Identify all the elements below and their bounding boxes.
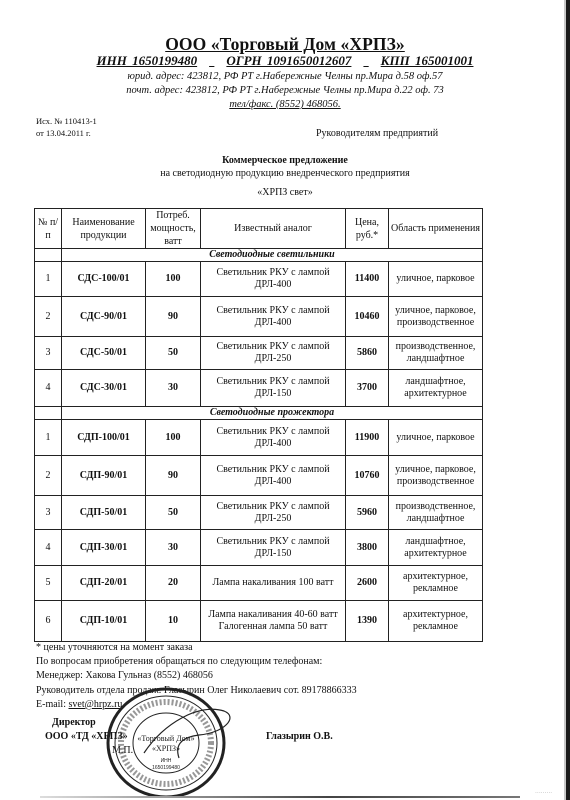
header-name: Наименование продукции [62, 209, 146, 249]
scan-artifact-line [40, 796, 520, 798]
cell-power: 20 [146, 566, 201, 601]
scan-edge [566, 0, 570, 800]
cell-analog: Светильник РКУ с лампой ДРЛ-400 [201, 297, 346, 337]
cell-application: архитектурное, рекламное [389, 566, 483, 601]
offer-subtitle: на светодиодную продукцию внедренческого… [0, 168, 570, 179]
table-row: 3СДС-50/0150Светильник РКУ с лампой ДРЛ-… [35, 337, 483, 370]
phone-fax: тел/факс. (8552) 468056. [0, 99, 570, 110]
table-row: 3СДП-50/0150Светильник РКУ с лампой ДРЛ-… [35, 496, 483, 530]
registration-line: ИНН 1650199480 ОГРН 1091650012607 КПП 16… [0, 53, 570, 69]
header-price: Цена, руб.* [346, 209, 389, 249]
company-stamp-icon: «Торговый Дом» «ХРПЗ» ИНН 1650199480 [104, 683, 244, 798]
cell-price: 5860 [346, 337, 389, 370]
cell-price: 10460 [346, 297, 389, 337]
cell-analog: Светильник РКУ с лампой ДРЛ-150 [201, 370, 346, 407]
cell-no: 4 [35, 530, 62, 566]
cell-no: 2 [35, 297, 62, 337]
cell-power: 30 [146, 530, 201, 566]
cell-application: уличное, парковое [389, 420, 483, 456]
section-spacer [35, 407, 62, 420]
manager-contact: Менеджер: Хакова Гульназ (8552) 468056 [36, 669, 357, 683]
table-row: 6СДП-10/0110Лампа накаливания 40-60 ватт… [35, 601, 483, 642]
contact-intro: По вопросам приобретения обращаться по с… [36, 655, 357, 669]
table-row: 1СДП-100/01100Светильник РКУ с лампой ДР… [35, 420, 483, 456]
cell-name: СДП-20/01 [62, 566, 146, 601]
table-row: 2СДС-90/0190Светильник РКУ с лампой ДРЛ-… [35, 297, 483, 337]
cell-analog: Светильник РКУ с лампой ДРЛ-250 [201, 496, 346, 530]
svg-text:ИНН: ИНН [161, 758, 172, 764]
legal-address: юрид. адрес: 423812, РФ РТ г.Набережные … [0, 71, 570, 82]
cell-no: 4 [35, 370, 62, 407]
cell-no: 1 [35, 420, 62, 456]
header-analog: Известный аналог [201, 209, 346, 249]
cell-name: СДС-90/01 [62, 297, 146, 337]
cell-price: 2600 [346, 566, 389, 601]
cell-power: 90 [146, 297, 201, 337]
header-application: Область применения [389, 209, 483, 249]
price-note: * цены уточняются на момент заказа [36, 641, 357, 655]
cell-price: 11400 [346, 262, 389, 297]
table-row: 1СДС-100/01100Светильник РКУ с лампой ДР… [35, 262, 483, 297]
cell-no: 3 [35, 337, 62, 370]
section-title: Светодиодные прожектора [62, 407, 483, 420]
table-row: 2СДП-90/0190Светильник РКУ с лампой ДРЛ-… [35, 456, 483, 496]
offer-title: Коммерческое предложение [0, 155, 570, 166]
cell-no: 1 [35, 262, 62, 297]
cell-price: 1390 [346, 601, 389, 642]
cell-power: 100 [146, 262, 201, 297]
cell-name: СДС-100/01 [62, 262, 146, 297]
cell-analog: Светильник РКУ с лампой ДРЛ-150 [201, 530, 346, 566]
cell-name: СДП-10/01 [62, 601, 146, 642]
cell-name: СДП-90/01 [62, 456, 146, 496]
table-row: 5СДП-20/0120Лампа накаливания 100 ватт26… [35, 566, 483, 601]
cell-power: 30 [146, 370, 201, 407]
cell-application: ландшафтное, архитектурное [389, 530, 483, 566]
table-header-row: № п/п Наименование продукции Потреб. мощ… [35, 209, 483, 249]
addressee: Руководителям предприятий [316, 128, 438, 139]
cell-power: 50 [146, 337, 201, 370]
cell-power: 10 [146, 601, 201, 642]
postal-address: почт. адрес: 423812, РФ РТ г.Набережные … [0, 85, 570, 96]
table-row: 4СДС-30/0130Светильник РКУ с лампой ДРЛ-… [35, 370, 483, 407]
cell-application: уличное, парковое, производственное [389, 297, 483, 337]
cell-no: 5 [35, 566, 62, 601]
cell-power: 50 [146, 496, 201, 530]
cell-power: 90 [146, 456, 201, 496]
cell-price: 11900 [346, 420, 389, 456]
svg-text:«ХРПЗ»: «ХРПЗ» [152, 744, 180, 753]
cell-analog: Светильник РКУ с лампой ДРЛ-400 [201, 420, 346, 456]
ogrn: ОГРН 1091650012607 [226, 53, 351, 68]
email-label: E-mail: [36, 699, 69, 710]
watermark: ········· [535, 790, 552, 797]
kpp: КПП 165001001 [381, 53, 474, 68]
offer-brand: «ХРПЗ свет» [0, 187, 570, 198]
cell-analog: Светильник РКУ с лампой ДРЛ-250 [201, 337, 346, 370]
outgoing-number: Исх. № 110413-1 [36, 116, 97, 126]
cell-price: 5960 [346, 496, 389, 530]
cell-application: архитектурное, рекламное [389, 601, 483, 642]
cell-price: 3700 [346, 370, 389, 407]
cell-name: СДП-30/01 [62, 530, 146, 566]
section-spacer [35, 249, 62, 262]
cell-name: СДС-30/01 [62, 370, 146, 407]
section-row: Светодиодные светильники [35, 249, 483, 262]
company-name: ООО «Торговый Дом «ХРПЗ» [0, 34, 570, 55]
cell-analog: Лампа накаливания 100 ватт [201, 566, 346, 601]
svg-text:1650199480: 1650199480 [152, 765, 180, 771]
cell-analog: Светильник РКУ с лампой ДРЛ-400 [201, 456, 346, 496]
cell-application: уличное, парковое, производственное [389, 456, 483, 496]
cell-application: производственное, ландшафтное [389, 496, 483, 530]
cell-name: СДС-50/01 [62, 337, 146, 370]
section-title: Светодиодные светильники [62, 249, 483, 262]
cell-price: 10760 [346, 456, 389, 496]
cell-no: 3 [35, 496, 62, 530]
section-row: Светодиодные прожектора [35, 407, 483, 420]
price-table: № п/п Наименование продукции Потреб. мощ… [34, 208, 483, 642]
cell-analog: Лампа накаливания 40-60 ватт Галогенная … [201, 601, 346, 642]
inn: ИНН 1650199480 [97, 53, 198, 68]
signatory-name: Глазырин О.В. [266, 731, 333, 742]
cell-analog: Светильник РКУ с лампой ДРЛ-400 [201, 262, 346, 297]
cell-application: ландшафтное, архитектурное [389, 370, 483, 407]
header-no: № п/п [35, 209, 62, 249]
letter-date: от 13.04.2011 г. [36, 128, 91, 138]
signatory-title: Директор [52, 717, 96, 728]
cell-no: 6 [35, 601, 62, 642]
cell-application: уличное, парковое [389, 262, 483, 297]
cell-price: 3800 [346, 530, 389, 566]
cell-name: СДП-50/01 [62, 496, 146, 530]
cell-no: 2 [35, 456, 62, 496]
header-power: Потреб. мощность, ватт [146, 209, 201, 249]
cell-power: 100 [146, 420, 201, 456]
cell-name: СДП-100/01 [62, 420, 146, 456]
cell-application: производственное, ландшафтное [389, 337, 483, 370]
table-row: 4СДП-30/0130Светильник РКУ с лампой ДРЛ-… [35, 530, 483, 566]
